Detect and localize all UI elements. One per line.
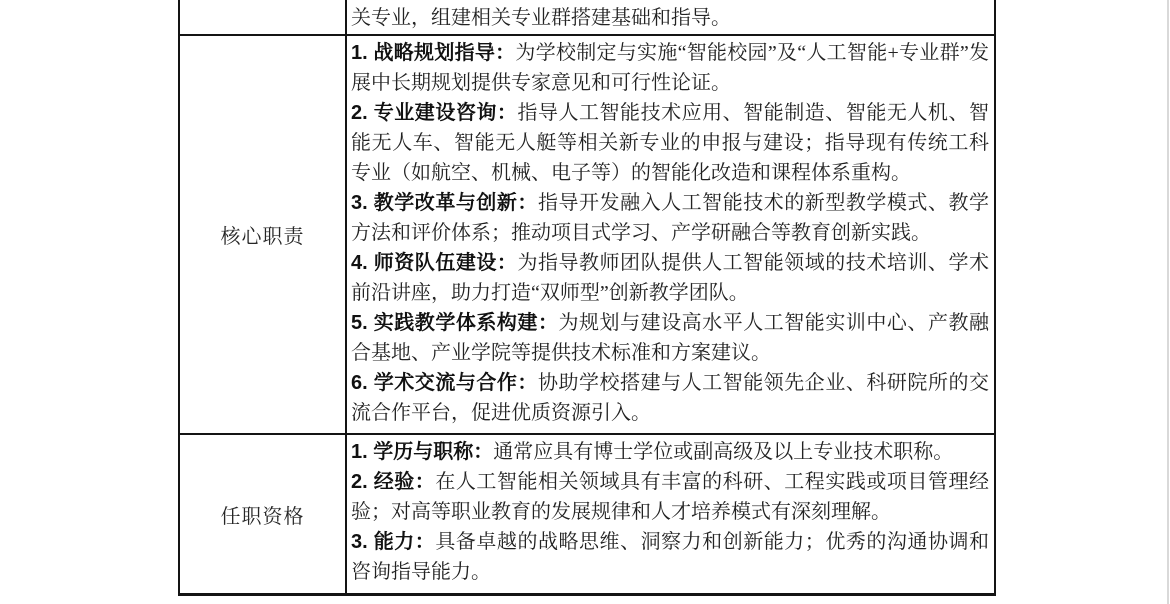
qualification-item: 2. 经验：在人工智能相关领域具有丰富的科研、工程实践或项目管理经验；对高等职业… (351, 467, 989, 527)
row-content-cell: 1. 学历与职称：通常应具有博士学位或副高级及以上专业技术职称。 2. 经验：在… (347, 435, 994, 593)
duty-item: 3. 教学改革与创新：指导开发融入人工智能技术的新型教学模式、教学方法和评价体系… (351, 188, 989, 248)
screenshot-right-edge-line (1167, 0, 1169, 604)
qualification-item-body: 在人工智能相关领域具有丰富的科研、工程实践或项目管理经验；对高等职业教育的发展规… (351, 471, 989, 523)
table-row-continuation: 关专业，组建相关专业群搭建基础和指导。 (180, 0, 994, 36)
duty-item-lead: 3. 教学改革与创新： (351, 192, 538, 214)
continuation-text: 关专业，组建相关专业群搭建基础和指导。 (351, 3, 989, 33)
row-label-cell: 任职资格 (180, 435, 347, 593)
duty-item: 4. 师资队伍建设：为指导教师团队提供人工智能领域的技术培训、学术前沿讲座，助力… (351, 248, 989, 308)
row-label-cell: 核心职责 (180, 36, 347, 433)
qualification-item: 1. 学历与职称：通常应具有博士学位或副高级及以上专业技术职称。 (351, 437, 989, 467)
table-row-qualifications: 任职资格 1. 学历与职称：通常应具有博士学位或副高级及以上专业技术职称。 2.… (180, 435, 994, 593)
position-description-table: 关专业，组建相关专业群搭建基础和指导。 核心职责 1. 战略规划指导：为学校制定… (178, 0, 996, 596)
duty-item-lead: 4. 师资队伍建设： (351, 252, 517, 274)
duty-item-lead: 2. 专业建设咨询： (351, 102, 517, 124)
qualification-item: 3. 能力：具备卓越的战略思维、洞察力和创新能力；优秀的沟通协调和咨询指导能力。 (351, 527, 989, 587)
duty-item: 2. 专业建设咨询：指导人工智能技术应用、智能制造、智能无人机、智能无人车、智能… (351, 98, 989, 188)
duty-item: 1. 战略规划指导：为学校制定与实施“智能校园”及“人工智能+专业群”发展中长期… (351, 38, 989, 98)
qualification-item-lead: 2. 经验： (351, 471, 435, 493)
qualification-item-lead: 3. 能力： (351, 531, 435, 553)
document-page: 关专业，组建相关专业群搭建基础和指导。 核心职责 1. 战略规划指导：为学校制定… (0, 0, 1170, 604)
qualification-item-lead: 1. 学历与职称： (351, 441, 493, 463)
row-label-cell-empty (180, 0, 347, 34)
row-label-qualifications: 任职资格 (221, 500, 305, 529)
row-content-cell: 关专业，组建相关专业群搭建基础和指导。 (347, 0, 994, 34)
duty-item-lead: 1. 战略规划指导： (351, 42, 515, 64)
duty-item: 5. 实践教学体系构建：为规划与建设高水平人工智能实训中心、产教融合基地、产业学… (351, 308, 989, 368)
qualification-item-body: 通常应具有博士学位或副高级及以上专业技术职称。 (493, 441, 953, 463)
duty-item: 6. 学术交流与合作：协助学校搭建与人工智能领先企业、科研院所的交流合作平台，促… (351, 368, 989, 428)
duty-item-lead: 6. 学术交流与合作： (351, 372, 538, 394)
row-label-core-duties: 核心职责 (221, 220, 305, 249)
duty-item-lead: 5. 实践教学体系构建： (351, 312, 559, 334)
table-row-core-duties: 核心职责 1. 战略规划指导：为学校制定与实施“智能校园”及“人工智能+专业群”… (180, 36, 994, 435)
row-content-cell: 1. 战略规划指导：为学校制定与实施“智能校园”及“人工智能+专业群”发展中长期… (347, 36, 994, 433)
qualification-item-body: 具备卓越的战略思维、洞察力和创新能力；优秀的沟通协调和咨询指导能力。 (351, 531, 989, 583)
